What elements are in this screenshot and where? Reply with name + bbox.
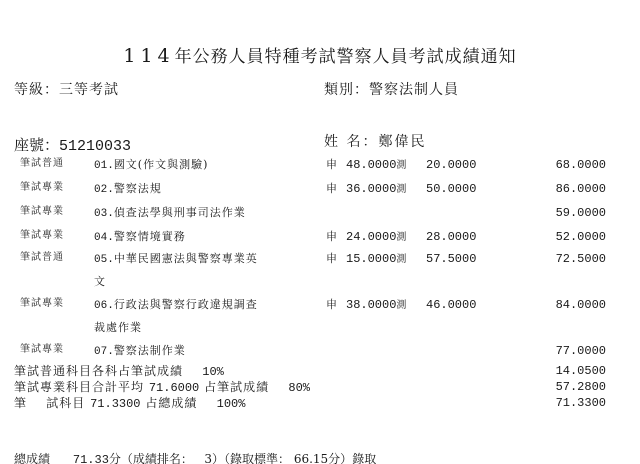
subject-total: 77.0000 [556,343,606,359]
seat-label: 座號： [14,136,59,154]
test-score: 20.0000 [426,157,476,173]
subject-name: 05.中華民國憲法與警察專業英 [94,251,258,267]
essay-score: 24.0000測 [346,229,406,245]
subject-name-continued: 裁處作業 [94,320,142,336]
category-field: 類別：警察法制人員 [324,79,459,99]
subject-type: 筆試普通 [20,250,64,266]
subject-type: 筆試普通 [20,156,64,172]
name-field: 姓 名：鄭偉民 [324,131,426,151]
essay-mark: 申 [326,229,337,245]
subject-total: 52.0000 [556,229,606,245]
subject-type: 筆試專業 [20,228,64,244]
subject-total: 68.0000 [556,157,606,173]
essay-score: 48.0000測 [346,157,406,173]
subject-name: 04.警察情境實務 [94,229,186,245]
category-label: 類別： [324,82,369,98]
test-score: 28.0000 [426,229,476,245]
subject-type: 筆試專業 [20,180,64,196]
name-value: 鄭偉民 [378,134,426,150]
subject-name: 03.偵查法學與刑事司法作業 [94,205,246,221]
level-label: 等級： [14,82,59,98]
final-label: 總成績 [14,452,50,464]
subject-name: 07.警察法制作業 [94,343,186,359]
subject-total: 59.0000 [556,205,606,221]
level-value: 三等考試 [59,82,119,98]
subject-name: 01.國文(作文與測驗) [94,157,208,173]
notice-title: 114年公務人員特種考試警察人員考試成績通知 [0,42,640,67]
subject-total: 72.5000 [556,251,606,267]
general-subjects-value: 14.0500 [556,363,606,379]
written-total-value: 71.3300 [556,395,606,411]
subject-name: 06.行政法與警察行政違規調查 [94,297,258,313]
subject-name: 02.警察法規 [94,181,162,197]
professional-subjects-line: 筆試專業科目合計平均 71.6000 占筆試成績 80% [14,379,310,395]
seat-number: 51210033 [59,138,131,155]
name-label: 姓 名： [324,134,378,150]
essay-mark: 申 [326,251,337,267]
title-text: 年公務人員特種考試警察人員考試成績通知 [175,47,517,67]
general-subjects-line: 筆試普通科目各科占筆試成績 10% [14,363,224,379]
level-field: 等級：三等考試 [14,79,119,99]
test-score: 50.0000 [426,181,476,197]
professional-subjects-value: 57.2800 [556,379,606,395]
subject-total: 84.0000 [556,297,606,313]
test-score: 57.5000 [426,251,476,267]
test-score: 46.0000 [426,297,476,313]
subject-total: 86.0000 [556,181,606,197]
subject-type: 筆試專業 [20,296,64,312]
seat-number-field: 座號：51210033 [14,134,131,155]
subject-type: 筆試專業 [20,204,64,220]
admission-standard: （錄取標準： 66.15分） [224,452,352,464]
essay-mark: 申 [326,157,337,173]
essay-mark: 申 [326,297,337,313]
category-value: 警察法制人員 [369,82,459,98]
written-total-line: 筆 試科目 71.3300 占總成績 100% [14,395,245,411]
exam-year: 114 [123,45,174,67]
subject-type: 筆試專業 [20,342,64,358]
admission-result: 錄取 [352,452,376,464]
essay-mark: 申 [326,181,337,197]
final-result-line: 總成績 71.33分（成績排名： 3）（錄取標準： 66.15分）錄取 [14,436,376,464]
subject-name-continued: 文 [94,274,106,290]
essay-score: 36.0000測 [346,181,406,197]
essay-score: 38.0000測 [346,297,406,313]
essay-score: 15.0000測 [346,251,406,267]
final-score: 71.33分 [73,453,121,464]
final-rank: （成績排名： 3） [121,452,224,464]
